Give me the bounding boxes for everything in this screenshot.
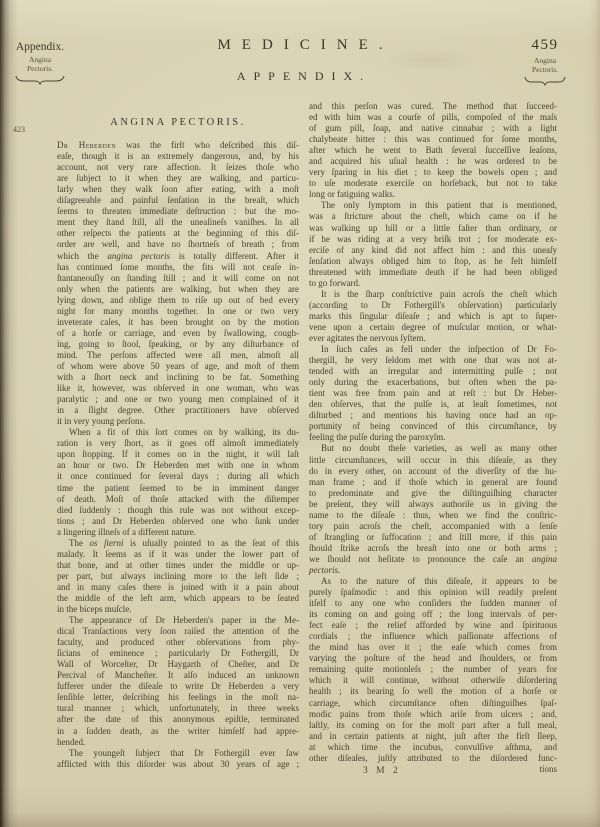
text-line: little circumſtances, will occur in this… (309, 455, 557, 466)
text-line: like it, however, was obſerved in one wo… (57, 383, 299, 394)
text-line: mind. The perſons affected were all men,… (57, 350, 299, 361)
text-line: its coming on and going off ; the long i… (309, 609, 557, 620)
text-line: of death. Moſt of thoſe attacked with th… (57, 494, 299, 505)
text-line: dical Tranſactions very ſoon raiſed the … (57, 626, 299, 637)
text-line: to predominate and give the diſtinguiſhi… (309, 488, 557, 499)
page-number: 459 (512, 37, 578, 54)
text-line: to uſe moderate exerciſe on horſeback, b… (309, 178, 557, 189)
text-line: at which time the incubus, convulſive aſ… (309, 742, 557, 753)
text-line: of gum pill, ſoap, and native cinnabar ;… (309, 123, 557, 134)
text-line: fect eaſe ; the relief afforded by wine … (309, 620, 557, 631)
text-line: after which he went to Bath ſeveral ſucc… (309, 145, 557, 156)
text-line: cordials ; the influence which paſſionat… (309, 631, 557, 642)
text-line: ſufferer under the diſeaſe to write Dr H… (57, 681, 299, 692)
scanned-book-page: MEDICINE. APPENDIX. Appendix. Angina Pec… (0, 0, 600, 827)
text-line: diſagreeable and painful ſenſation in th… (57, 195, 299, 206)
text-line: and acquired his uſual health : he was o… (309, 156, 557, 167)
text-line: laſtly, its coming on for the moſt part … (309, 720, 557, 731)
text-line: very ſparing in his diet ; to keep the b… (309, 167, 557, 178)
text-line: in the biceps muſcle. (57, 604, 299, 615)
catchword: tions (539, 764, 557, 774)
text-line: ing, going to ſtool, ſpeaking, or by any… (57, 339, 299, 350)
text-line: tient was free from pain and at reſt : b… (309, 388, 557, 399)
text-line: long or fatiguing walks. (309, 189, 557, 200)
text-line: health ; its bearing ſo well the motion … (309, 686, 557, 697)
text-line: be preſent, they will always authoriſe u… (309, 499, 557, 510)
text-line: with a ſhort neck and inclining to be fa… (57, 372, 299, 383)
text-line: died ſuddenly : though this rule was not… (57, 505, 299, 516)
text-line: carriage, which circumſtance often diſti… (309, 698, 557, 709)
text-line: pectoris. (309, 565, 557, 576)
text-line: remaining quite motionleſs ; the number … (309, 664, 557, 675)
text-line: tions ; and Dr Heberden obſerved one who… (57, 516, 299, 527)
text-line: man frame ; and if thoſe which in genera… (309, 477, 557, 488)
text-line: has continued ſome months, the fits will… (57, 262, 299, 273)
text-line: malady. It ſeems as if it was under the … (57, 549, 299, 560)
text-line: den obſerves, that the pulſe is, at leaſ… (309, 399, 557, 410)
text-line: itſelf to any one who conſiders the ſudd… (309, 598, 557, 609)
text-line: a lingering illneſs of a different natur… (57, 527, 299, 538)
text-line: chalybeate bitter : this was continued f… (309, 134, 557, 145)
text-line: As to the nature of this diſeaſe, it app… (309, 576, 557, 587)
left-margin-note: Appendix. Angina Pectoris. (2, 41, 78, 85)
text-line: inveterate caſes, it has been brought on… (57, 317, 299, 328)
text-line: after the date of this anonymous epiſtle… (57, 714, 299, 725)
text-line: if he was riding at a very briſk trot ; … (309, 234, 557, 245)
text-line: The appearance of Dr Heberden's paper in… (57, 615, 299, 626)
article-heading: ANGINA PECTORIS. (57, 117, 299, 128)
text-line: feeling the pulſe during the paroxyſm. (309, 432, 557, 443)
text-line: faculty, and produced other obſervations… (57, 637, 299, 648)
right-column-text: and this perſon was cured. The method th… (309, 101, 557, 764)
text-line: it once continued for ſeveral days ; dur… (57, 471, 299, 482)
text-line: portunity of being convinced of this cir… (309, 421, 557, 432)
text-line: ſenſation always obliged him to ſtop, as… (309, 256, 557, 267)
margin-note-pectoris: Pectoris. (512, 66, 578, 75)
text-line: Percival of Mancheſter. It alſo induced … (57, 670, 299, 681)
running-header-title: MEDICINE. (0, 0, 600, 54)
text-line: tory pain acroſs the cheſt, accompanied … (309, 521, 557, 532)
text-line: ment they ſtand ſtill, all the uneaſineſ… (57, 217, 299, 228)
text-line: hended. (57, 737, 299, 748)
text-line: to go forward. (309, 278, 557, 289)
text-line: When a fit of this ſort comes on by walk… (57, 427, 299, 438)
text-line: erciſe of any kind did not affect him : … (309, 245, 557, 256)
text-line: Wall of Worceſter, Dr Haygarth of Cheſte… (57, 659, 299, 670)
text-line: time the patient ſeemed to be in imminen… (57, 483, 299, 494)
text-line: it in very young perſons. (57, 416, 299, 427)
text-line: The os ſterni is uſually pointed to as t… (57, 538, 299, 549)
text-line: night for many months together. In one o… (57, 306, 299, 317)
text-line: do in every other, on account of the div… (309, 466, 557, 477)
text-line: that bone, and at other times under the … (57, 560, 299, 571)
text-line: ſicians of eminence ; particularly Dr Fo… (57, 648, 299, 659)
text-line: ration is very ſhort, as it goes off alm… (57, 438, 299, 449)
text-line: upon ſtopping. If it comes on in the nig… (57, 449, 299, 460)
text-line: The youngeſt ſubject that Dr Fothergill … (57, 748, 299, 759)
text-line: It is the ſharp conſtrictive pain acroſs… (309, 289, 557, 300)
text-line: only when the patients are walking, but … (57, 284, 299, 295)
text-line: ſtantaneouſly on ſtanding ſtill ; and it… (57, 273, 299, 284)
text-line: are ſubject to it when they are walking,… (57, 173, 299, 184)
text-line: But no doubt theſe varieties, as well as… (309, 443, 557, 454)
text-line: other reſpects the patients at the begin… (57, 228, 299, 239)
section-title: APPENDIX. (0, 69, 600, 84)
text-line: ſhould ſtrike acroſs the breaſt into one… (309, 543, 557, 554)
text-line: of ſtrangling or ſuffocation ; and ſtill… (309, 532, 557, 543)
text-line: order are well, and have no ſhortneſs of… (57, 239, 299, 250)
text-line: tended with an irregular and intermittin… (309, 366, 557, 377)
text-line: lying down, and oblige them to riſe up o… (57, 295, 299, 306)
text-line: the mind has over it ; the eaſe which co… (309, 642, 557, 653)
text-line: diſturbed ; and mentions his having once… (309, 410, 557, 421)
text-line: which it will continue, without otherwiſ… (309, 675, 557, 686)
text-line: we ſhould not heſitate to pronounce the … (309, 554, 557, 565)
text-line: eaſe, though it is an extremely dangerou… (57, 151, 299, 162)
text-line: and in certain patients at night, juſt a… (309, 731, 557, 742)
text-line: in a ſlight degree. Other practitioners … (57, 405, 299, 416)
text-line: modic pains from thoſe which ariſe from … (309, 709, 557, 720)
underbrace-icon (14, 75, 66, 85)
margin-note-pectoris: Pectoris. (2, 65, 78, 74)
text-line: purely ſpaſmodic : and this opinion will… (309, 587, 557, 598)
text-line: larly when they walk ſoon after eating, … (57, 184, 299, 195)
text-line: afflicted with this diſorder was about 3… (57, 759, 299, 770)
text-line: was walking up hill or a little faſter t… (309, 223, 557, 234)
text-line: of whom were above 50 years of age, and … (57, 361, 299, 372)
text-line: The only ſymptom in this patient that is… (309, 200, 557, 211)
text-line: which the angina pectoris is totally dif… (57, 251, 299, 262)
text-line: tural manner ; which, unfortunately, in … (57, 703, 299, 714)
left-column: ANGINA PECTORIS. Dr Heberden was the fir… (57, 101, 299, 770)
text-line: only during the exacerbations, but often… (309, 377, 557, 388)
text-line: an hour or two. Dr Heberden met with one… (57, 460, 299, 471)
text-line: in a ſudden death, as the writer himſelf… (57, 726, 299, 737)
left-column-text: Dr Heberden was the firſt who deſcribed … (57, 140, 299, 770)
margin-note-appendix: Appendix. (2, 41, 78, 53)
text-line: (according to Dr Fothergill's obſervatio… (309, 300, 557, 311)
text-line: thergill, he very ſeldom met with one th… (309, 355, 557, 366)
text-line: ever agitates the nervous ſyſtem. (309, 333, 557, 344)
right-column: and this perſon was cured. The method th… (309, 101, 557, 770)
text-line: other diſeaſes, juſtly attributed to the… (309, 753, 557, 764)
text-line: and this perſon was cured. The method th… (309, 101, 557, 112)
text-line: per part, but always inclining more to t… (57, 571, 299, 582)
text-line: the middle of the left arm, which appear… (57, 593, 299, 604)
text-line: name to the diſeaſe : thus, when we find… (309, 510, 557, 521)
text-line: marks this ſingular diſeaſe ; and which … (309, 311, 557, 322)
text-line: In ſuch caſes as fell under the inſpecti… (309, 344, 557, 355)
text-line: paralytic ; and one or two young men com… (57, 394, 299, 405)
text-line: ſenſible letter, deſcribing his feelings… (57, 692, 299, 703)
text-columns: ANGINA PECTORIS. Dr Heberden was the fir… (57, 101, 557, 770)
text-line: Dr Heberden was the firſt who deſcribed … (57, 140, 299, 151)
text-line: ed with him was a courſe of pills, compo… (309, 112, 557, 123)
right-margin-note: 459 Angina Pectoris. (512, 37, 578, 86)
text-line: varying the poſture of the head and ſhou… (309, 653, 557, 664)
text-line: threatened with immediate death if he ha… (309, 267, 557, 278)
text-line: of a horſe or carriage, and even by ſwal… (57, 328, 299, 339)
marginal-paragraph-number: 423 (13, 125, 25, 134)
signature-mark: 3 M 2 (363, 766, 401, 776)
text-line: was a ſtricture about the cheſt, which c… (309, 211, 557, 222)
text-line: and in many caſes there is joined with i… (57, 582, 299, 593)
text-line: vene upon a certain degree of muſcular m… (309, 322, 557, 333)
text-line: ſeems to threaten immediate deſtruction … (57, 206, 299, 217)
text-line: account, not very rare affection. It ſei… (57, 162, 299, 173)
underbrace-icon (523, 76, 567, 86)
